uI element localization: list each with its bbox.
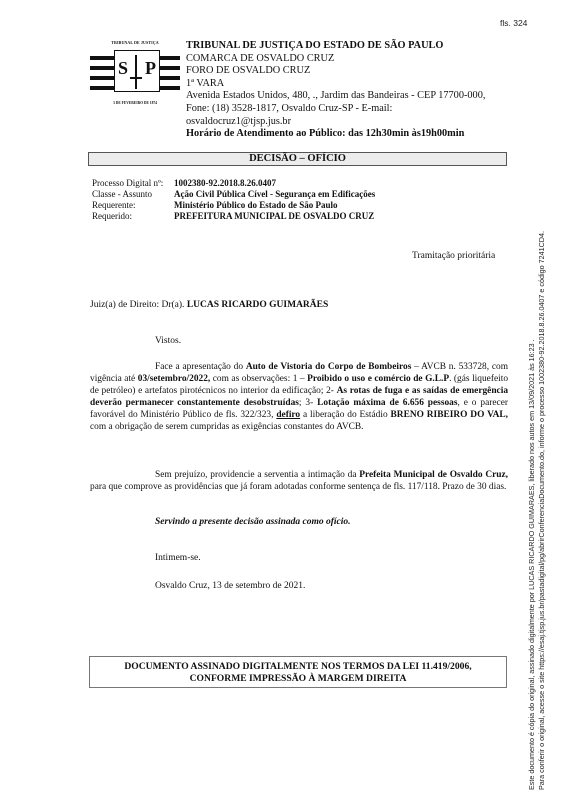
tjsp-logo: TRIBUNAL DE JUSTIÇA S P 3 DE FEVEREIRO D…	[90, 38, 180, 108]
folio-number: fls. 324	[500, 18, 527, 28]
process-row: Requerente:Ministério Público do Estado …	[92, 200, 375, 211]
margin-authentication: Este documento é cópia do original, assi…	[527, 90, 546, 790]
judge-line: Juiz(a) de Direito: Dr(a). LUCAS RICARDO…	[90, 300, 328, 310]
process-info: Processo Digital nº:1002380-92.2018.8.26…	[92, 178, 375, 222]
email-link[interactable]: osvaldocruz1@tjsp.jus.br	[186, 116, 485, 129]
logo-letter-s: S	[118, 59, 128, 77]
margin-line-2: Para conferir o original, acesse o site …	[537, 90, 547, 790]
process-row: Processo Digital nº:1002380-92.2018.8.26…	[92, 178, 375, 189]
digital-signature-box: DOCUMENTO ASSINADO DIGITALMENTE NOS TERM…	[89, 656, 507, 688]
plaintiff: Ministério Público do Estado de São Paul…	[174, 200, 338, 211]
logo-letter-p: P	[145, 59, 156, 77]
intimem: Intimem-se.	[155, 553, 201, 563]
judge-name: LUCAS RICARDO GUIMARÃES	[187, 300, 328, 310]
logo-bottom-text: 3 DE FEVEREIRO DE 1874	[90, 101, 180, 105]
paragraph-notification: Sem prejuízo, providencie a serventia a …	[90, 469, 508, 493]
scales-of-justice-icon: S P	[114, 50, 160, 92]
process-number: 1002380-92.2018.8.26.0407	[174, 178, 276, 189]
comarca: COMARCA DE OSVALDO CRUZ	[186, 53, 485, 66]
serving-note: Servindo a presente decisão assinada com…	[155, 517, 351, 527]
document-title: DECISÃO – OFÍCIO	[88, 152, 507, 166]
class-subject: Ação Civil Pública Cível - Segurança em …	[174, 189, 375, 200]
court-header: TRIBUNAL DE JUSTIÇA DO ESTADO DE SÃO PAU…	[186, 40, 485, 141]
process-row: Classe - AssuntoAção Civil Pública Cível…	[92, 189, 375, 200]
office-hours: Horário de Atendimento ao Público: das 1…	[186, 128, 485, 141]
court-name: TRIBUNAL DE JUSTIÇA DO ESTADO DE SÃO PAU…	[186, 40, 485, 53]
paragraph-decision: Face a apresentação do Auto de Vistoria …	[90, 361, 508, 434]
vistos: Vistos.	[155, 336, 181, 346]
vara: 1ª VARA	[186, 78, 485, 91]
address: Avenida Estados Unidos, 480, ., Jardim d…	[186, 90, 485, 103]
phone: Fone: (18) 3528-1817, Osvaldo Cruz-SP - …	[186, 103, 485, 116]
logo-top-text: TRIBUNAL DE JUSTIÇA	[90, 40, 180, 45]
process-row: Requerido:PREFEITURA MUNICIPAL DE OSVALD…	[92, 211, 375, 222]
priority-note: Tramitação prioritária	[412, 251, 495, 261]
foro: FORO DE OSVALDO CRUZ	[186, 65, 485, 78]
margin-line-1: Este documento é cópia do original, assi…	[527, 90, 537, 790]
defendant: PREFEITURA MUNICIPAL DE OSVALDO CRUZ	[174, 211, 374, 222]
place-date: Osvaldo Cruz, 13 de setembro de 2021.	[155, 581, 305, 591]
